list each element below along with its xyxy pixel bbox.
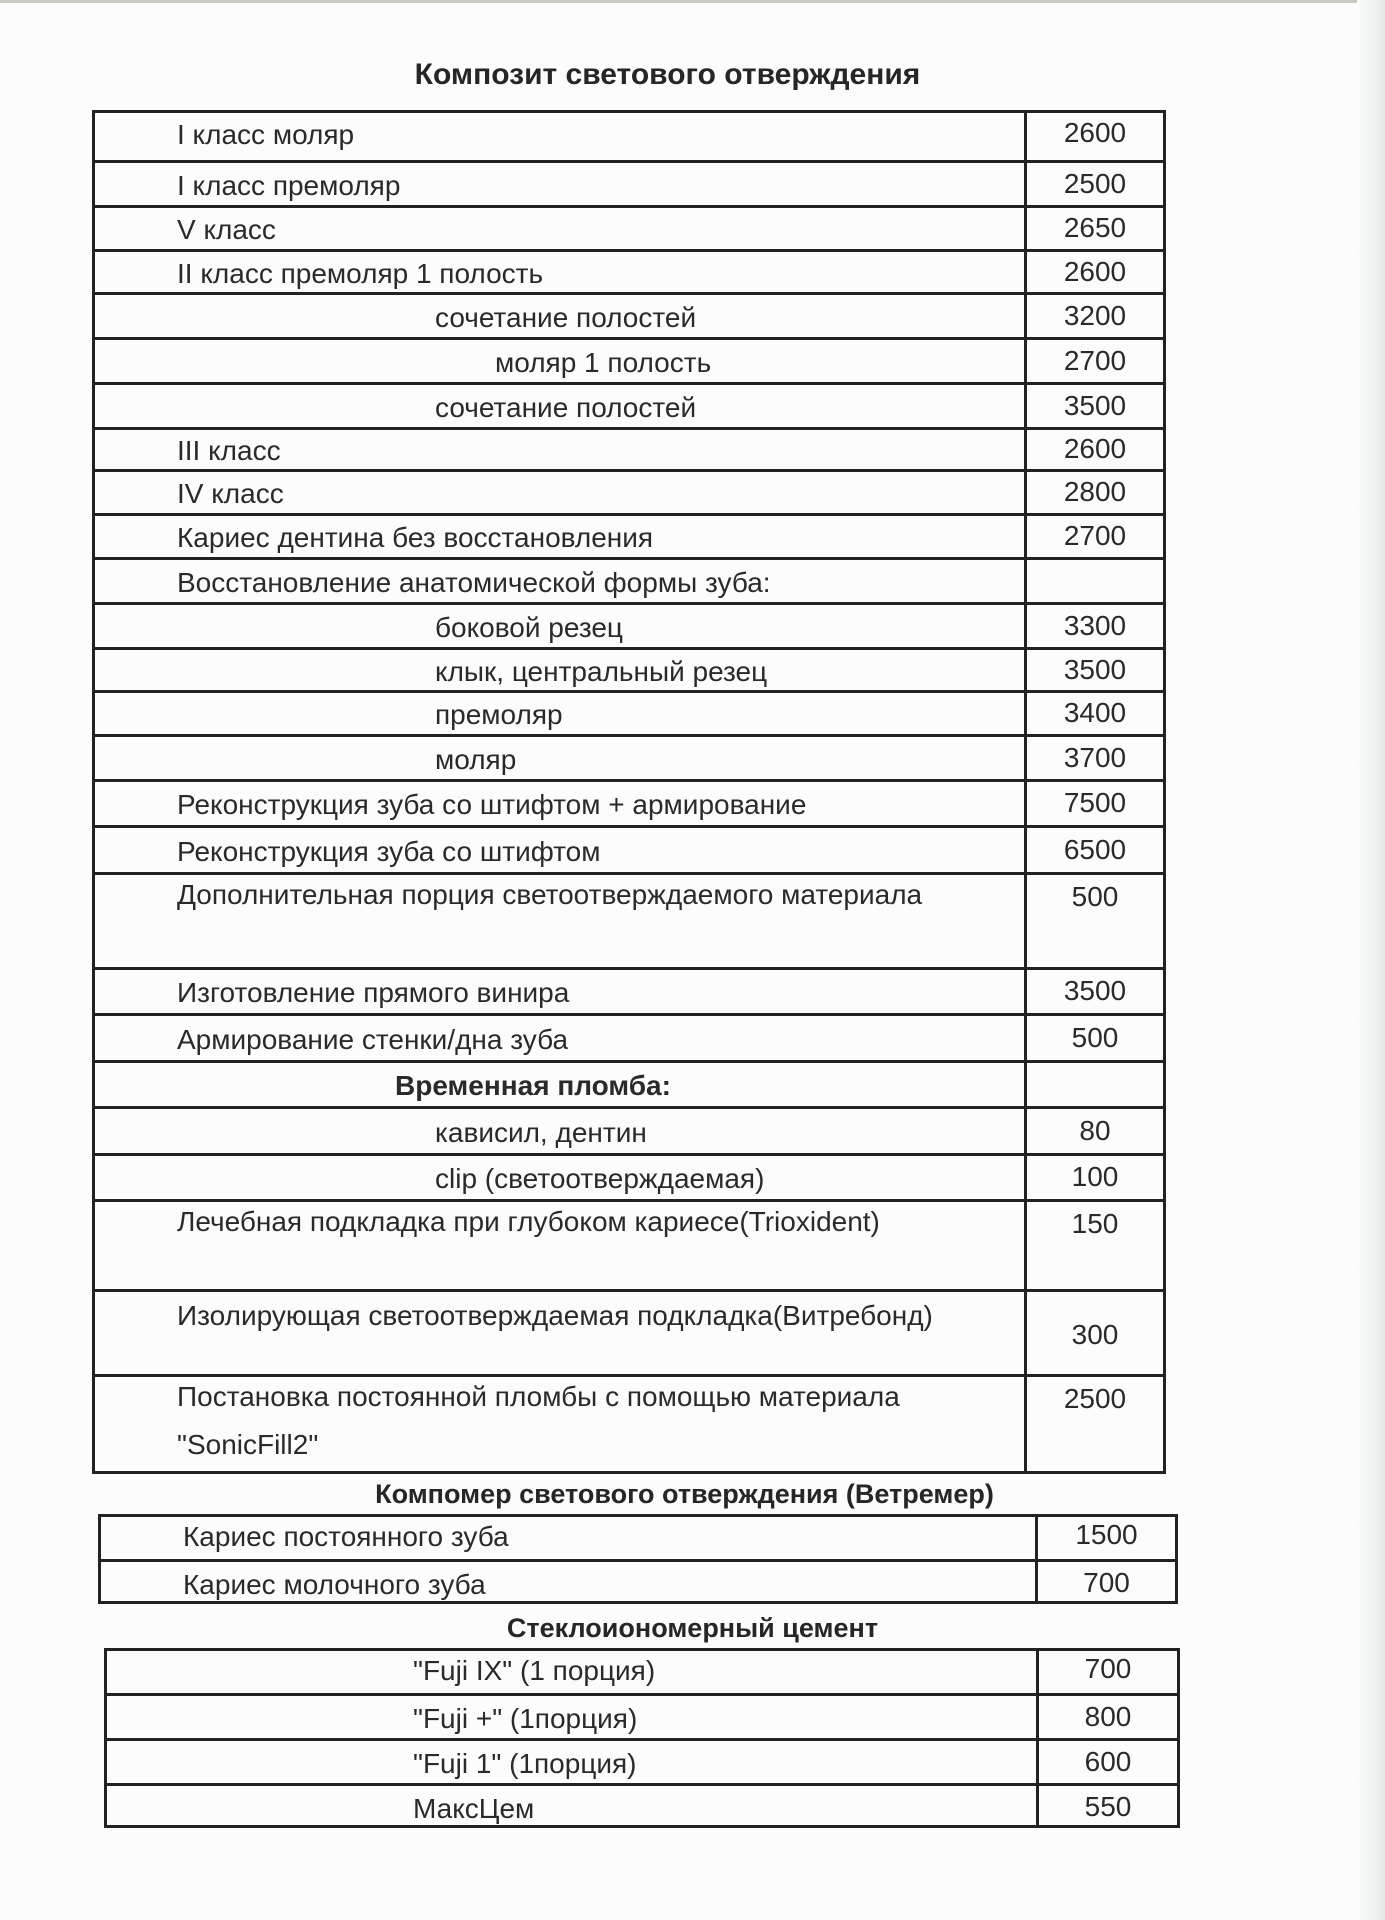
subheading-label: Временная пломба: — [395, 1063, 1009, 1109]
price-value: 6500 — [1027, 828, 1163, 871]
price-table-composite: I класс моляр2600I класс премоляр2500V к… — [92, 110, 1166, 1474]
service-name: II класс премоляр 1 полость — [177, 252, 1009, 295]
section-title-glass-ionomer: Стеклоиономерный цемент — [0, 1613, 1385, 1644]
service-name: "Fuji IX" (1 порция) — [413, 1648, 1021, 1693]
service-name: Постановка постоянной пломбы с помощью м… — [177, 1373, 1009, 1469]
table-row: "Fuji IX" (1 порция)700 — [107, 1648, 1177, 1693]
table-row: Кариес дентина без восстановления2700 — [95, 513, 1163, 557]
service-name: I класс премоляр — [177, 163, 1009, 208]
price-value: 500 — [1027, 1016, 1163, 1059]
service-name: V класс — [177, 208, 1009, 252]
price-value: 3500 — [1027, 385, 1163, 426]
price-value: 2650 — [1027, 208, 1163, 248]
price-value: 800 — [1039, 1696, 1177, 1737]
table-row: Реконструкция зуба со штифтом6500 — [95, 825, 1163, 872]
table-row: боковой резец3300 — [95, 602, 1163, 647]
price-value: 500 — [1027, 877, 1163, 917]
service-name: моляр 1 полость — [495, 340, 1009, 385]
price-table-glass-ionomer: "Fuji IX" (1 порция)700"Fuji +" (1порция… — [104, 1648, 1180, 1828]
service-name: Армирование стенки/дна зуба — [177, 1016, 1009, 1063]
service-name: Дополнительная порция светоотверждаемого… — [177, 871, 1009, 919]
service-name: Кариес молочного зуба — [183, 1562, 1020, 1607]
table-row: Постановка постоянной пломбы с помощью м… — [95, 1374, 1163, 1474]
table-row: премоляр3400 — [95, 690, 1163, 734]
table-row: Кариес молочного зуба700 — [101, 1559, 1175, 1604]
service-name: III класс — [177, 430, 1009, 472]
table-row: Кариес постоянного зуба1500 — [101, 1514, 1175, 1559]
price-value: 550 — [1039, 1786, 1177, 1827]
table-row: Армирование стенки/дна зуба500 — [95, 1013, 1163, 1060]
price-value: 3500 — [1027, 650, 1163, 689]
service-name: Кариес постоянного зуба — [183, 1514, 1020, 1559]
service-name: премоляр — [435, 693, 1009, 737]
price-table-compomer: Кариес постоянного зуба1500Кариес молочн… — [98, 1514, 1178, 1604]
table-row: V класс2650 — [95, 205, 1163, 249]
table-row: моляр3700 — [95, 734, 1163, 779]
service-name: Лечебная подкладка при глубоком кариесе(… — [177, 1198, 1009, 1246]
price-value: 2700 — [1027, 516, 1163, 556]
service-name: боковой резец — [435, 605, 1009, 650]
service-name: Реконструкция зуба со штифтом + армирова… — [177, 782, 1009, 828]
price-value: 700 — [1038, 1562, 1175, 1603]
table-row: clip (светоотверждаемая)100 — [95, 1153, 1163, 1199]
table-row: моляр 1 полость2700 — [95, 337, 1163, 382]
service-name: МаксЦем — [413, 1786, 1021, 1831]
price-value: 2600 — [1027, 252, 1163, 291]
service-name: Изготовление прямого винира — [177, 970, 1009, 1016]
table-row: "Fuji 1" (1порция)600 — [107, 1738, 1177, 1783]
service-name: Кариес дентина без восстановления — [177, 516, 1009, 560]
service-name: кависил, дентин — [435, 1109, 1009, 1156]
price-value: 2500 — [1027, 163, 1163, 204]
price-value: 2800 — [1027, 472, 1163, 512]
table-row: "Fuji +" (1порция)800 — [107, 1693, 1177, 1738]
section-title-compomer: Компомер светового отверждения (Ветремер… — [0, 1479, 1377, 1510]
table-row: Лечебная подкладка при глубоком кариесе(… — [95, 1199, 1163, 1289]
table-row: Восстановление анатомической формы зуба: — [95, 557, 1163, 602]
price-value: 1500 — [1038, 1514, 1175, 1555]
price-value: 2600 — [1027, 110, 1163, 156]
table-row: сочетание полостей3200 — [95, 292, 1163, 337]
table-row: Дополнительная порция светоотверждаемого… — [95, 872, 1163, 967]
price-value: 600 — [1039, 1741, 1177, 1782]
price-value: 3700 — [1027, 737, 1163, 778]
service-name: моляр — [435, 737, 1009, 782]
table-row: клык, центральный резец3500 — [95, 647, 1163, 690]
price-value: 150 — [1027, 1204, 1163, 1244]
service-name: Восстановление анатомической формы зуба: — [177, 560, 1009, 605]
service-name: Реконструкция зуба со штифтом — [177, 828, 1009, 875]
table-row: I класс премоляр2500 — [95, 160, 1163, 205]
service-name: сочетание полостей — [435, 295, 1009, 340]
price-value: 100 — [1027, 1156, 1163, 1198]
service-name: клык, центральный резец — [435, 650, 1009, 693]
price-value: 3200 — [1027, 295, 1163, 336]
table-row: IV класс2800 — [95, 469, 1163, 513]
table-row: сочетание полостей3500 — [95, 382, 1163, 427]
table-row: МаксЦем550 — [107, 1783, 1177, 1828]
price-value: 2700 — [1027, 340, 1163, 381]
service-name: I класс моляр — [177, 110, 1009, 160]
price-value: 7500 — [1027, 782, 1163, 824]
service-name: IV класс — [177, 472, 1009, 516]
table-row: Изготовление прямого винира3500 — [95, 967, 1163, 1013]
price-value: 3500 — [1027, 970, 1163, 1012]
price-value: 80 — [1027, 1109, 1163, 1152]
table-row: Временная пломба: — [95, 1060, 1163, 1106]
table-row: III класс2600 — [95, 427, 1163, 469]
table-row: II класс премоляр 1 полость2600 — [95, 249, 1163, 292]
table-row: Изолирующая светоотверждаемая подкладка(… — [95, 1289, 1163, 1374]
service-name: "Fuji 1" (1порция) — [413, 1741, 1021, 1786]
price-value: 2600 — [1027, 430, 1163, 468]
scan-edge — [0, 0, 1385, 3]
section-title-composite: Композит светового отверждения — [0, 58, 1360, 92]
service-name: clip (светоотверждаемая) — [435, 1156, 1009, 1202]
price-value: 3400 — [1027, 693, 1163, 733]
price-value: 700 — [1039, 1648, 1177, 1689]
service-name: "Fuji +" (1порция) — [413, 1696, 1021, 1741]
service-name: сочетание полостей — [435, 385, 1009, 430]
table-row: Реконструкция зуба со штифтом + армирова… — [95, 779, 1163, 825]
table-row: I класс моляр2600 — [95, 110, 1163, 160]
price-value: 3300 — [1027, 605, 1163, 646]
price-value: 2500 — [1027, 1379, 1163, 1419]
price-value: 300 — [1027, 1292, 1163, 1377]
service-name: Изолирующая светоотверждаемая подкладка(… — [177, 1294, 1009, 1338]
table-row: кависил, дентин80 — [95, 1106, 1163, 1153]
